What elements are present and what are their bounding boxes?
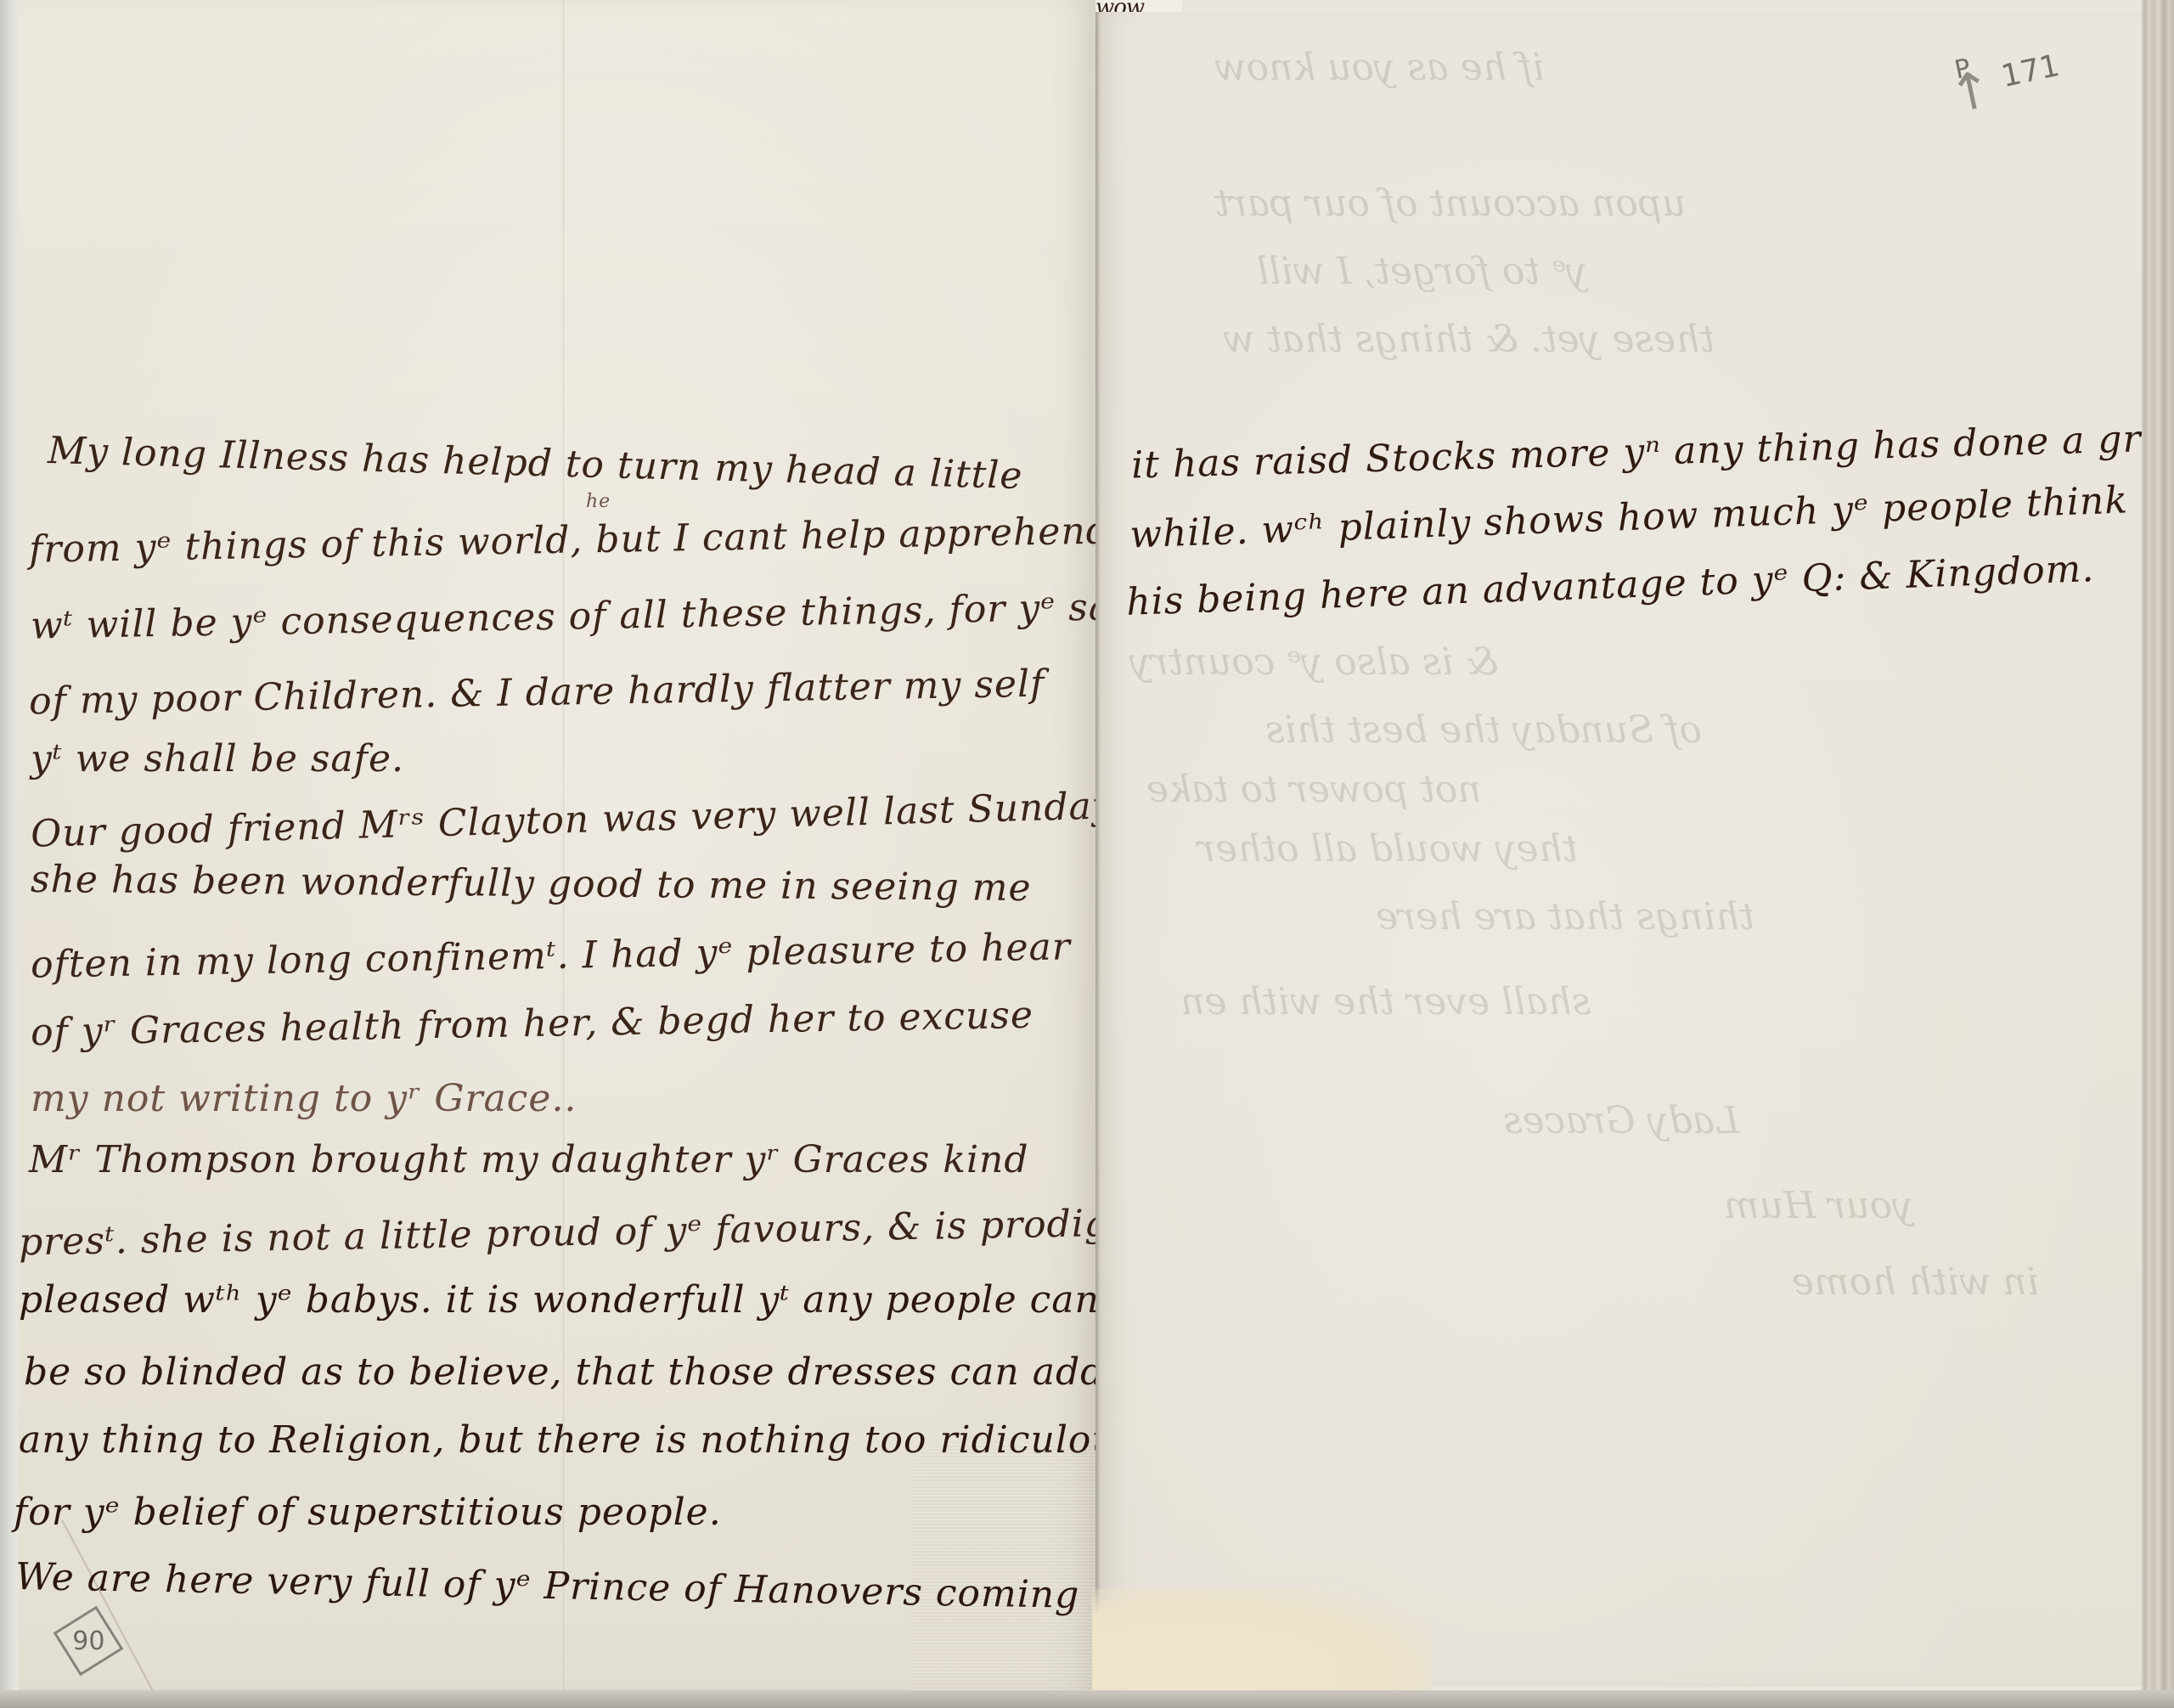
left-line-5: yᵗ we shall be safe. <box>31 737 404 781</box>
left-line-9: of yʳ Graces health from her, & begd her… <box>31 994 1034 1055</box>
bleed-through-line: if he as you know <box>1214 46 1544 89</box>
bleed-through-line: things that are here <box>1376 895 1754 939</box>
left-line-10: my not writing to yʳ Grace.. <box>31 1077 577 1120</box>
manuscript-spread: wow My long Illness has helpd to turn my… <box>0 0 2174 1708</box>
bleed-through-line: in with home <box>1792 1260 2039 1304</box>
paper-texture-stain <box>910 1444 1097 1690</box>
binding-guard-strip <box>2142 0 2174 1708</box>
bleed-through-line: shall ever the with en <box>1180 980 1591 1023</box>
left-page: My long Illness has helpd to turn my hea… <box>19 0 1095 1690</box>
bleed-through-line: Lady Graces <box>1503 1099 1739 1142</box>
bleed-through-line: they would all other <box>1197 827 1578 871</box>
gutter-shadow <box>1095 12 1101 1687</box>
left-line-16: for yᵉ belief of superstitious people. <box>14 1491 722 1534</box>
bleed-through-line: & is also yᵉ country <box>1129 640 1498 684</box>
right-line-3: his being here an advantage to yᵉ Q: & K… <box>1125 547 2095 624</box>
bleed-through-line: of Sunday the best this <box>1265 708 1702 752</box>
left-line-15: any thing to Religion, but there is noth… <box>19 1418 1136 1462</box>
left-line-13: pleased wᵗʰ yᵉ babys. it is wonderfull y… <box>19 1278 1100 1322</box>
bleed-through-line: these yet. & things that w <box>1223 318 1715 361</box>
left-line-2: from yᵉ things of this world, but I cant… <box>29 508 1174 572</box>
bleed-through-line: yᵉ to forget, I will <box>1257 250 1587 293</box>
bleed-through-line: your Hum <box>1724 1184 1913 1227</box>
right-line-2: while. wᶜʰ plainly shows how much yᵉ peo… <box>1129 478 2128 556</box>
left-line-8: often in my long confinemᵗ. I had yᵉ ple… <box>31 925 1072 986</box>
left-line-12: presᵗ. she is not a little proud of yᵉ f… <box>19 1200 1225 1265</box>
right-page: if he as you know upon account of our pa… <box>1095 12 2143 1687</box>
left-line-1: My long Illness has helpd to turn my hea… <box>48 429 1024 498</box>
left-line-3: wᵗ will be yᵉ consequences of all these … <box>31 584 1158 647</box>
folio-number-left: 90 <box>72 1626 104 1656</box>
bottom-edge <box>0 1690 2174 1708</box>
left-line-11: Mʳ Thompson brought my daughter yʳ Grace… <box>29 1138 1029 1181</box>
right-line-1: it has raisd Stocks more yⁿ any thing ha… <box>1131 415 2174 487</box>
left-line-14: be so blinded as to believe, that those … <box>24 1350 1105 1394</box>
left-line-7: she has been wonderfully good to me in s… <box>31 858 1032 910</box>
bleed-through-line: not power to take <box>1146 768 1482 811</box>
interlinear-insert: he <box>586 491 611 512</box>
bleed-through-line: upon account of our part <box>1214 182 1686 225</box>
left-line-6: Our good friend Mʳˢ Clayton was very wel… <box>31 784 1115 855</box>
left-line-4: of my poor Children. & I dare hardly fla… <box>29 662 1045 724</box>
